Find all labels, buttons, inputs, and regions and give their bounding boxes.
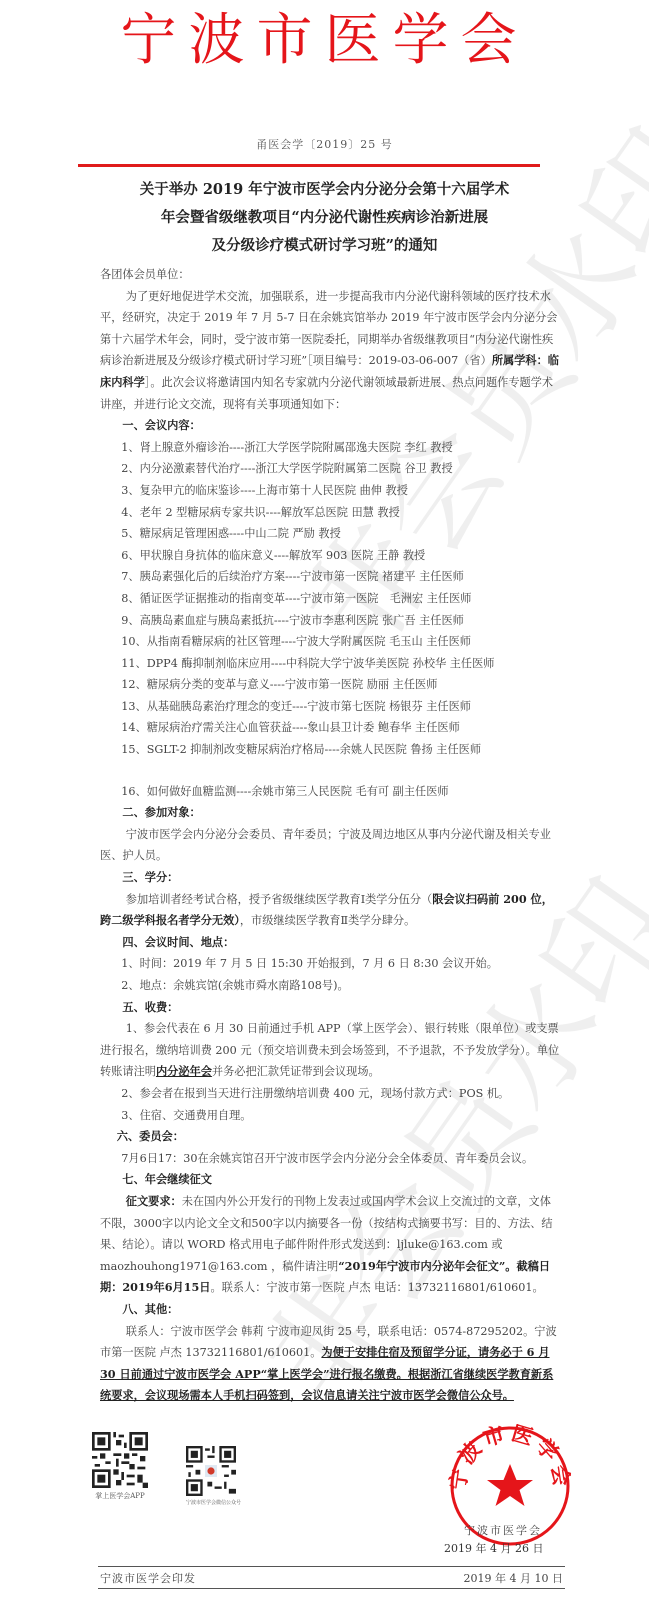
salutation: 各团体会员单位： xyxy=(100,264,562,286)
section-heading: 四、会议时间、地点： xyxy=(100,932,562,954)
fee-text: 并务必把汇款凭证带到会议现场。 xyxy=(212,1065,380,1078)
org-masthead: 宁波市医学会 xyxy=(0,6,649,76)
notice-document: 非会员水印 非会员水印 宁波市医学会 甬医会学〔2019〕25 号 关于举办 2… xyxy=(0,0,649,1600)
agenda-item: 10、从指南看糖尿病的社区管理----宁波大学附属医院 毛玉山 主任医师 xyxy=(100,631,562,653)
section-text: 联系人：宁波市医学会 韩莉 宁波市迎凤街 25 号，联系电话：0574-8729… xyxy=(100,1321,562,1407)
agenda-item: 7、胰岛素强化后的后续治疗方案----宁波市第一医院 褚建平 主任医师 xyxy=(100,566,562,588)
section-text: 参加培训者经考试合格，授予省级继续医学教育Ⅰ类学分伍分（限会议扫码前 200 位… xyxy=(100,889,562,932)
requirement-label: 征文要求： xyxy=(126,1194,182,1208)
red-divider xyxy=(78,164,540,167)
intro-text: ］。此次会议将邀请国内知名专家就内分泌代谢领域最新进展、热点问题作专题学术讲座，… xyxy=(100,376,553,411)
qr-app: 掌上医学会APP xyxy=(92,1432,148,1501)
footer-date: 2019 年 4 月 10 日 xyxy=(464,1570,563,1586)
agenda-item: 5、糖尿病足管理困惑----中山二院 严励 教授 xyxy=(100,523,562,545)
section-text: 征文要求：未在国内外公开发行的刊物上发表过或国内学术会议上交流过的文章，文体不限… xyxy=(100,1191,562,1299)
agenda-item: 6、甲状腺自身抗体的临床意义----解放军 903 医院 王静 教授 xyxy=(100,545,562,567)
fee-item: 1、参会代表在 6 月 30 日前通过手机 APP（掌上医学会）、银行转账（限单… xyxy=(100,1018,562,1083)
title-line: 及分级诊疗模式研讨学习班”的通知 xyxy=(0,232,649,260)
notice-body: 各团体会员单位： 为了更好地促进学术交流，加强联系，进一步提高我市内分泌代谢科领… xyxy=(100,264,562,1407)
transfer-note: 内分泌年会 xyxy=(156,1064,212,1078)
schedule-item: 2、地点：余姚宾馆(余姚市舜水南路108号)。 xyxy=(100,975,562,997)
section-heading: 八、其他： xyxy=(100,1299,562,1321)
intro-text: 为了更好地促进学术交流，加强联系，进一步提高我市内分泌代谢科领域的医疗技术水平，… xyxy=(100,290,557,368)
schedule-item: 1、时间：2019 年 7 月 5 日 15:30 开始报到，7 月 6 日 8… xyxy=(100,953,562,975)
agenda-item: 15、SGLT-2 抑制剂改变糖尿病治疗格局----余姚人民医院 鲁扬 主任医师 xyxy=(100,739,562,761)
agenda-item: 1、肾上腺意外瘤诊治----浙江大学医学院附属邵逸夫医院 李红 教授 xyxy=(100,437,562,459)
agenda-item: 12、糖尿病分类的变革与意义----宁波市第一医院 励丽 主任医师 xyxy=(100,674,562,696)
spacer xyxy=(100,761,562,781)
section-heading: 二、参加对象： xyxy=(100,802,562,824)
qr-code-icon[interactable] xyxy=(92,1432,148,1488)
title-line: 年会暨省级继教项目“内分泌代谢性疾病诊治新进展 xyxy=(0,204,649,232)
section-heading: 五、收费： xyxy=(100,997,562,1019)
agenda-item: 14、糖尿病治疗需关注心血管获益----象山县卫计委 鲍春华 主任医师 xyxy=(100,717,562,739)
section-text: 宁波市医学会内分泌分会委员、青年委员；宁波及周边地区从事内分泌代谢及相关专业医、… xyxy=(100,824,562,867)
footer-issuer: 宁波市医学会印发 xyxy=(100,1570,196,1586)
credit-text: ，市级继续医学教育Ⅱ类学分肆分。 xyxy=(240,914,415,927)
qr-code-icon[interactable] xyxy=(186,1446,236,1496)
credit-text: 参加培训者经考试合格，授予省级继续医学教育Ⅰ类学分伍分（ xyxy=(126,893,432,906)
intro-paragraph: 为了更好地促进学术交流，加强联系，进一步提高我市内分泌代谢科领域的医疗技术水平，… xyxy=(100,286,562,416)
notice-title: 关于举办 2019 年宁波市医学会内分泌分会第十六届学术 年会暨省级继教项目“内… xyxy=(0,176,649,260)
agenda-item: 16、如何做好血糖监测----余姚市第三人民医院 毛有可 副主任医师 xyxy=(100,781,562,803)
section-heading: 一、会议内容： xyxy=(100,415,562,437)
section-heading: 三、学分： xyxy=(100,867,562,889)
agenda-item: 4、老年 2 型糖尿病专家共识----解放军总医院 田慧 教授 xyxy=(100,502,562,524)
agenda-item: 11、DPP4 酶抑制剂临床应用----中科院大学宁波华美医院 孙校华 主任医师 xyxy=(100,653,562,675)
title-line: 关于举办 2019 年宁波市医学会内分泌分会第十六届学术 xyxy=(0,176,649,204)
agenda-item: 2、内分泌激素替代治疗----浙江大学医学院附属第二医院 谷卫 教授 xyxy=(100,458,562,480)
qr-wechat: 宁波市医学会微信公众号 xyxy=(186,1446,241,1506)
footer-divider xyxy=(98,1566,565,1567)
section-text: 7月6日17：30在余姚宾馆召开宁波市医学会内分泌分会全体委员、青年委员会议。 xyxy=(100,1148,562,1170)
fee-item: 2、参会者在报到当天进行注册缴纳培训费 400 元，现场付款方式：POS 机。 xyxy=(100,1083,562,1105)
signature-org: 宁波市医学会 xyxy=(464,1522,542,1538)
agenda-item: 9、高胰岛素血症与胰岛素抵抗----宁波市李惠利医院 张广吾 主任医师 xyxy=(100,610,562,632)
footer-divider xyxy=(98,1588,565,1589)
qr-caption: 宁波市医学会微信公众号 xyxy=(186,1499,241,1506)
agenda-item: 13、从基础胰岛素治疗理念的变迁----宁波市第七医院 杨银芬 主任医师 xyxy=(100,696,562,718)
agenda-item: 8、循证医学证据推动的指南变革----宁波市第一医院 毛洲宏 主任医师 xyxy=(100,588,562,610)
signature-date: 2019 年 4 月 26 日 xyxy=(444,1540,543,1556)
document-number: 甬医会学〔2019〕25 号 xyxy=(0,136,649,152)
section-heading: 六、委员会： xyxy=(100,1126,562,1148)
qr-caption: 掌上医学会APP xyxy=(92,1491,148,1501)
fee-item: 3、住宿、交通费用自理。 xyxy=(100,1105,562,1127)
contact-text: 。联系人：宁波市第一医院 卢杰 电话：13732116801/610601。 xyxy=(210,1281,543,1294)
agenda-item: 3、复杂甲亢的临床鉴诊----上海市第十人民医院 曲伸 教授 xyxy=(100,480,562,502)
section-heading: 七、年会继续征文 xyxy=(100,1169,562,1191)
